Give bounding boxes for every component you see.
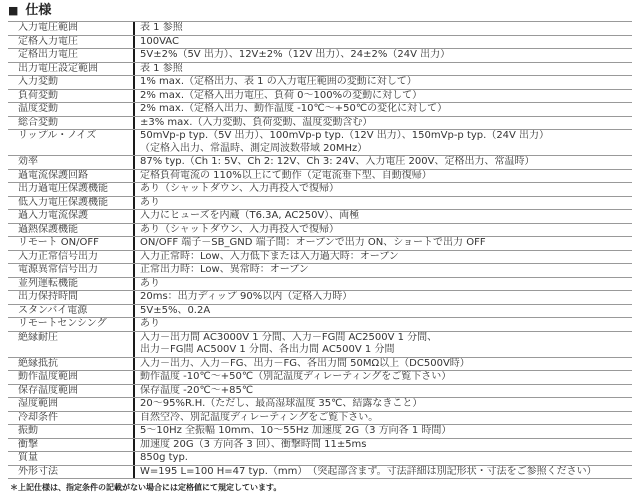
spec-row-label: 衝撃 — [8, 439, 135, 452]
spec-table-row: リモートセンシングあり — [8, 317, 632, 331]
spec-table-row: 電源異常信号出力正常出力時：Low、異常時：オープン — [8, 263, 632, 277]
spec-row-value-line: 入力－出力、入力－FG、出力－FG、各出力間 50MΩ以上（DC500V時） — [140, 358, 632, 371]
spec-row-value: 2% max.（定格入出力電圧、負荷 0～100%の変動に対して） — [135, 90, 632, 103]
spec-row-label: 外形寸法 — [8, 466, 135, 479]
spec-table-row: 入力正常信号出力入力正常時：Low、入力低下または入力過大時：オープン — [8, 250, 632, 264]
spec-row-label: 総合変動 — [8, 117, 135, 130]
spec-row-value: 表 1 参照 — [135, 22, 632, 35]
spec-table-row: 過電流保護回路定格負荷電流の 110%以上にて動作（定電流垂下型、自動復帰） — [8, 169, 632, 183]
spec-row-value: 表 1 参照 — [135, 63, 632, 76]
spec-row-label: リップル・ノイズ — [8, 130, 135, 155]
spec-row-value: 保存温度 -20℃～+85℃ — [135, 385, 632, 398]
spec-row-value-line: あり（シャットダウン、入力再投入で復帰） — [140, 183, 632, 196]
spec-row-label: 出力保持時間 — [8, 291, 135, 304]
spec-row-value-line: 出力－FG間 AC500V 1 分間、各出力間 AC500V 1 分間 — [140, 344, 632, 357]
spec-row-value: 2% max.（定格入出力、動作温度 -10℃～+50℃の変化に対して） — [135, 103, 632, 116]
spec-row-value-line: 自然空冷、別記温度ディレーティングをご覧下さい。 — [140, 412, 632, 425]
spec-row-label: 冷却条件 — [8, 412, 135, 425]
spec-row-value-line: 表 1 参照 — [140, 63, 632, 76]
spec-table-row: 温度変動2% max.（定格入出力、動作温度 -10℃～+50℃の変化に対して） — [8, 102, 632, 116]
spec-table-row: 出力電圧設定範囲表 1 参照 — [8, 62, 632, 76]
spec-row-label: 電源異常信号出力 — [8, 264, 135, 277]
spec-row-label: 入力変動 — [8, 76, 135, 89]
spec-row-value: ±3% max.（入力変動、負荷変動、温度変動含む） — [135, 117, 632, 130]
spec-row-label: 定格入力電圧 — [8, 36, 135, 49]
spec-row-label: 効率 — [8, 156, 135, 169]
spec-row-value: あり — [135, 278, 632, 291]
spec-row-label: 過電流保護回路 — [8, 170, 135, 183]
spec-table-row: 低入力電圧保護機能あり — [8, 196, 632, 210]
spec-row-label: 動作温度範囲 — [8, 371, 135, 384]
spec-row-label: 入力正常信号出力 — [8, 251, 135, 264]
spec-row-value-line: 1% max.（定格出力、表 1 の入力電圧範囲の変動に対して） — [140, 76, 632, 89]
spec-row-label: 並列運転機能 — [8, 278, 135, 291]
spec-table-row: 外形寸法W=195 L=100 H=47 typ.（mm） （突起部含まず。寸法… — [8, 465, 632, 479]
spec-row-value: 100VAC — [135, 36, 632, 49]
spec-table-row: 冷却条件自然空冷、別記温度ディレーティングをご覧下さい。 — [8, 411, 632, 425]
spec-table-row: 総合変動±3% max.（入力変動、負荷変動、温度変動含む） — [8, 116, 632, 130]
spec-table-row: 効率87% typ.（Ch 1: 5V、Ch 2: 12V、Ch 3: 24V、… — [8, 155, 632, 169]
spec-row-value-line: あり — [140, 197, 632, 210]
spec-row-label: 出力過電圧保護機能 — [8, 183, 135, 196]
spec-row-value-line: 入力にヒューズを内蔵（T6.3A, AC250V）、両極 — [140, 210, 632, 223]
spec-table-row: 衝撃加速度 20G（3 方向各 3 回）、衝撃時間 11±5ms — [8, 438, 632, 452]
spec-table-row: 入力電圧範囲表 1 参照 — [8, 21, 632, 35]
spec-row-label: 温度変動 — [8, 103, 135, 116]
spec-table-row: 絶縁耐圧入力－出力間 AC3000V 1 分間、入力－FG間 AC2500V 1… — [8, 331, 632, 357]
spec-row-value: あり（シャットダウン、入力再投入で復帰） — [135, 224, 632, 237]
spec-row-value-line: あり — [140, 278, 632, 291]
spec-table-row: 並列運転機能あり — [8, 277, 632, 291]
spec-table-row: 動作温度範囲動作温度 -10℃～+50℃（別記温度ディレーティングをご覧下さい） — [8, 370, 632, 384]
spec-row-label: リモート ON/OFF — [8, 237, 135, 250]
spec-row-label: 定格出力電圧 — [8, 49, 135, 62]
spec-row-value-line: 5V±2%（5V 出力）、12V±2%（12V 出力）、24±2%（24V 出力… — [140, 49, 632, 62]
spec-row-value-line: 850g typ. — [140, 452, 632, 465]
spec-row-label: 保存温度範囲 — [8, 385, 135, 398]
spec-row-value-line: ±3% max.（入力変動、負荷変動、温度変動含む） — [140, 117, 632, 130]
spec-row-label: 湿度範囲 — [8, 398, 135, 411]
spec-table-row: 絶縁抵抗入力－出力、入力－FG、出力－FG、各出力間 50MΩ以上（DC500V… — [8, 357, 632, 371]
spec-row-value: 5～10Hz 全振幅 10mm、10～55Hz 加速度 2G（3 方向各 1 時… — [135, 425, 632, 438]
spec-row-value: 1% max.（定格出力、表 1 の入力電圧範囲の変動に対して） — [135, 76, 632, 89]
spec-table-row: 入力変動1% max.（定格出力、表 1 の入力電圧範囲の変動に対して） — [8, 75, 632, 89]
spec-table-row: 振動5～10Hz 全振幅 10mm、10～55Hz 加速度 2G（3 方向各 1… — [8, 424, 632, 438]
spec-row-value-line: あり — [140, 318, 632, 331]
spec-row-label: 質量 — [8, 452, 135, 465]
spec-row-value: 5V±2%（5V 出力）、12V±2%（12V 出力）、24±2%（24V 出力… — [135, 49, 632, 62]
spec-row-value-line: 表 1 参照 — [140, 22, 632, 35]
footnote: ＊上記仕様は、指定条件の記載がない場合には定格値にて規定しています。 — [10, 483, 640, 493]
spec-table-row: 保存温度範囲保存温度 -20℃～+85℃ — [8, 384, 632, 398]
spec-row-label: 負荷変動 — [8, 90, 135, 103]
spec-row-value: あり（シャットダウン、入力再投入で復帰） — [135, 183, 632, 196]
spec-row-value-line: 入力－出力間 AC3000V 1 分間、入力－FG間 AC2500V 1 分間、 — [140, 332, 632, 345]
spec-row-value-line: 20ms：出力ディップ 90%以内（定格入力時） — [140, 291, 632, 304]
spec-row-value-line: 5～10Hz 全振幅 10mm、10～55Hz 加速度 2G（3 方向各 1 時… — [140, 425, 632, 438]
spec-row-value-line: 正常出力時：Low、異常時：オープン — [140, 264, 632, 277]
spec-row-value-line: 100VAC — [140, 36, 632, 49]
spec-row-label: スタンバイ電源 — [8, 305, 135, 318]
spec-row-value: 850g typ. — [135, 452, 632, 465]
spec-row-value-line: ON/OFF 端子－SB_GND 端子間：オープンで出力 ON、ショートで出力 … — [140, 237, 632, 250]
spec-row-value: 20ms：出力ディップ 90%以内（定格入力時） — [135, 291, 632, 304]
spec-row-label: 絶縁抵抗 — [8, 358, 135, 371]
spec-table-row: 出力保持時間20ms：出力ディップ 90%以内（定格入力時） — [8, 290, 632, 304]
spec-row-value-line: 加速度 20G（3 方向各 3 回）、衝撃時間 11±5ms — [140, 439, 632, 452]
spec-row-value-line: あり（シャットダウン、入力再投入で復帰） — [140, 224, 632, 237]
spec-row-value: 50mVp-p typ.（5V 出力）、100mVp-p typ.（12V 出力… — [135, 130, 632, 155]
spec-table-row: 定格入力電圧100VAC — [8, 35, 632, 49]
page-title: ■ 仕様 — [8, 4, 640, 18]
spec-row-value: 87% typ.（Ch 1: 5V、Ch 2: 12V、Ch 3: 24V、入力… — [135, 156, 632, 169]
spec-row-value-line: 87% typ.（Ch 1: 5V、Ch 2: 12V、Ch 3: 24V、入力… — [140, 156, 632, 169]
spec-row-value: 自然空冷、別記温度ディレーティングをご覧下さい。 — [135, 412, 632, 425]
spec-row-value: 動作温度 -10℃～+50℃（別記温度ディレーティングをご覧下さい） — [135, 371, 632, 384]
spec-row-value: 5V±5%、0.2A — [135, 305, 632, 318]
spec-row-value-line: 動作温度 -10℃～+50℃（別記温度ディレーティングをご覧下さい） — [140, 371, 632, 384]
spec-row-value: W=195 L=100 H=47 typ.（mm） （突起部含まず。寸法詳細は別… — [135, 466, 632, 479]
spec-row-value-line: 5V±5%、0.2A — [140, 305, 632, 318]
spec-table-row: 質量850g typ. — [8, 451, 632, 465]
spec-row-label: 振動 — [8, 425, 135, 438]
spec-table-row: リップル・ノイズ50mVp-p typ.（5V 出力）、100mVp-p typ… — [8, 129, 632, 155]
spec-row-label: 出力電圧設定範囲 — [8, 63, 135, 76]
spec-row-value: 入力にヒューズを内蔵（T6.3A, AC250V）、両極 — [135, 210, 632, 223]
spec-row-value-line: 保存温度 -20℃～+85℃ — [140, 385, 632, 398]
spec-row-value: 入力－出力間 AC3000V 1 分間、入力－FG間 AC2500V 1 分間、… — [135, 332, 632, 357]
spec-row-value-line: W=195 L=100 H=47 typ.（mm） （突起部含まず。寸法詳細は別… — [140, 466, 632, 479]
spec-row-label: リモートセンシング — [8, 318, 135, 331]
spec-row-value-line: 定格負荷電流の 110%以上にて動作（定電流垂下型、自動復帰） — [140, 170, 632, 183]
spec-row-label: 低入力電圧保護機能 — [8, 197, 135, 210]
spec-table-row: 過熱保護機能あり（シャットダウン、入力再投入で復帰） — [8, 223, 632, 237]
spec-row-value: あり — [135, 318, 632, 331]
spec-table-row: 定格出力電圧5V±2%（5V 出力）、12V±2%（12V 出力）、24±2%（… — [8, 48, 632, 62]
spec-row-value-line: 入力正常時：Low、入力低下または入力過大時：オープン — [140, 251, 632, 264]
spec-row-value: ON/OFF 端子－SB_GND 端子間：オープンで出力 ON、ショートで出力 … — [135, 237, 632, 250]
spec-table-row: 過入力電流保護入力にヒューズを内蔵（T6.3A, AC250V）、両極 — [8, 209, 632, 223]
spec-row-value: あり — [135, 197, 632, 210]
spec-table-row: スタンバイ電源5V±5%、0.2A — [8, 304, 632, 318]
spec-table-row: 出力過電圧保護機能あり（シャットダウン、入力再投入で復帰） — [8, 182, 632, 196]
spec-row-label: 過入力電流保護 — [8, 210, 135, 223]
page-title-text: 仕様 — [25, 4, 51, 18]
spec-row-value: 定格負荷電流の 110%以上にて動作（定電流垂下型、自動復帰） — [135, 170, 632, 183]
spec-table-row: リモート ON/OFFON/OFF 端子－SB_GND 端子間：オープンで出力 … — [8, 236, 632, 250]
spec-row-value-line: 50mVp-p typ.（5V 出力）、100mVp-p typ.（12V 出力… — [140, 130, 632, 143]
spec-row-value: 入力正常時：Low、入力低下または入力過大時：オープン — [135, 251, 632, 264]
spec-row-label: 入力電圧範囲 — [8, 22, 135, 35]
spec-row-value: 加速度 20G（3 方向各 3 回）、衝撃時間 11±5ms — [135, 439, 632, 452]
spec-table-row: 負荷変動2% max.（定格入出力電圧、負荷 0～100%の変動に対して） — [8, 89, 632, 103]
spec-row-value: 20～95%R.H.（ただし、最高湿球温度 35℃、結露なきこと） — [135, 398, 632, 411]
spec-row-label: 絶縁耐圧 — [8, 332, 135, 357]
spec-row-value: 正常出力時：Low、異常時：オープン — [135, 264, 632, 277]
spec-row-label: 過熱保護機能 — [8, 224, 135, 237]
spec-sheet-page: ■ 仕様 入力電圧範囲表 1 参照定格入力電圧100VAC定格出力電圧5V±2%… — [0, 4, 640, 499]
spec-row-value-line: 2% max.（定格入出力、動作温度 -10℃～+50℃の変化に対して） — [140, 103, 632, 116]
spec-row-value-line: （定格入出力、常温時、測定周波数帯域 20MHz） — [140, 143, 632, 156]
spec-row-value-line: 2% max.（定格入出力電圧、負荷 0～100%の変動に対して） — [140, 90, 632, 103]
spec-table: 入力電圧範囲表 1 参照定格入力電圧100VAC定格出力電圧5V±2%（5V 出… — [8, 21, 632, 479]
square-bullet-icon: ■ — [8, 4, 18, 18]
spec-row-value-line: 20～95%R.H.（ただし、最高湿球温度 35℃、結露なきこと） — [140, 398, 632, 411]
spec-table-row: 湿度範囲20～95%R.H.（ただし、最高湿球温度 35℃、結露なきこと） — [8, 397, 632, 411]
spec-row-value: 入力－出力、入力－FG、出力－FG、各出力間 50MΩ以上（DC500V時） — [135, 358, 632, 371]
